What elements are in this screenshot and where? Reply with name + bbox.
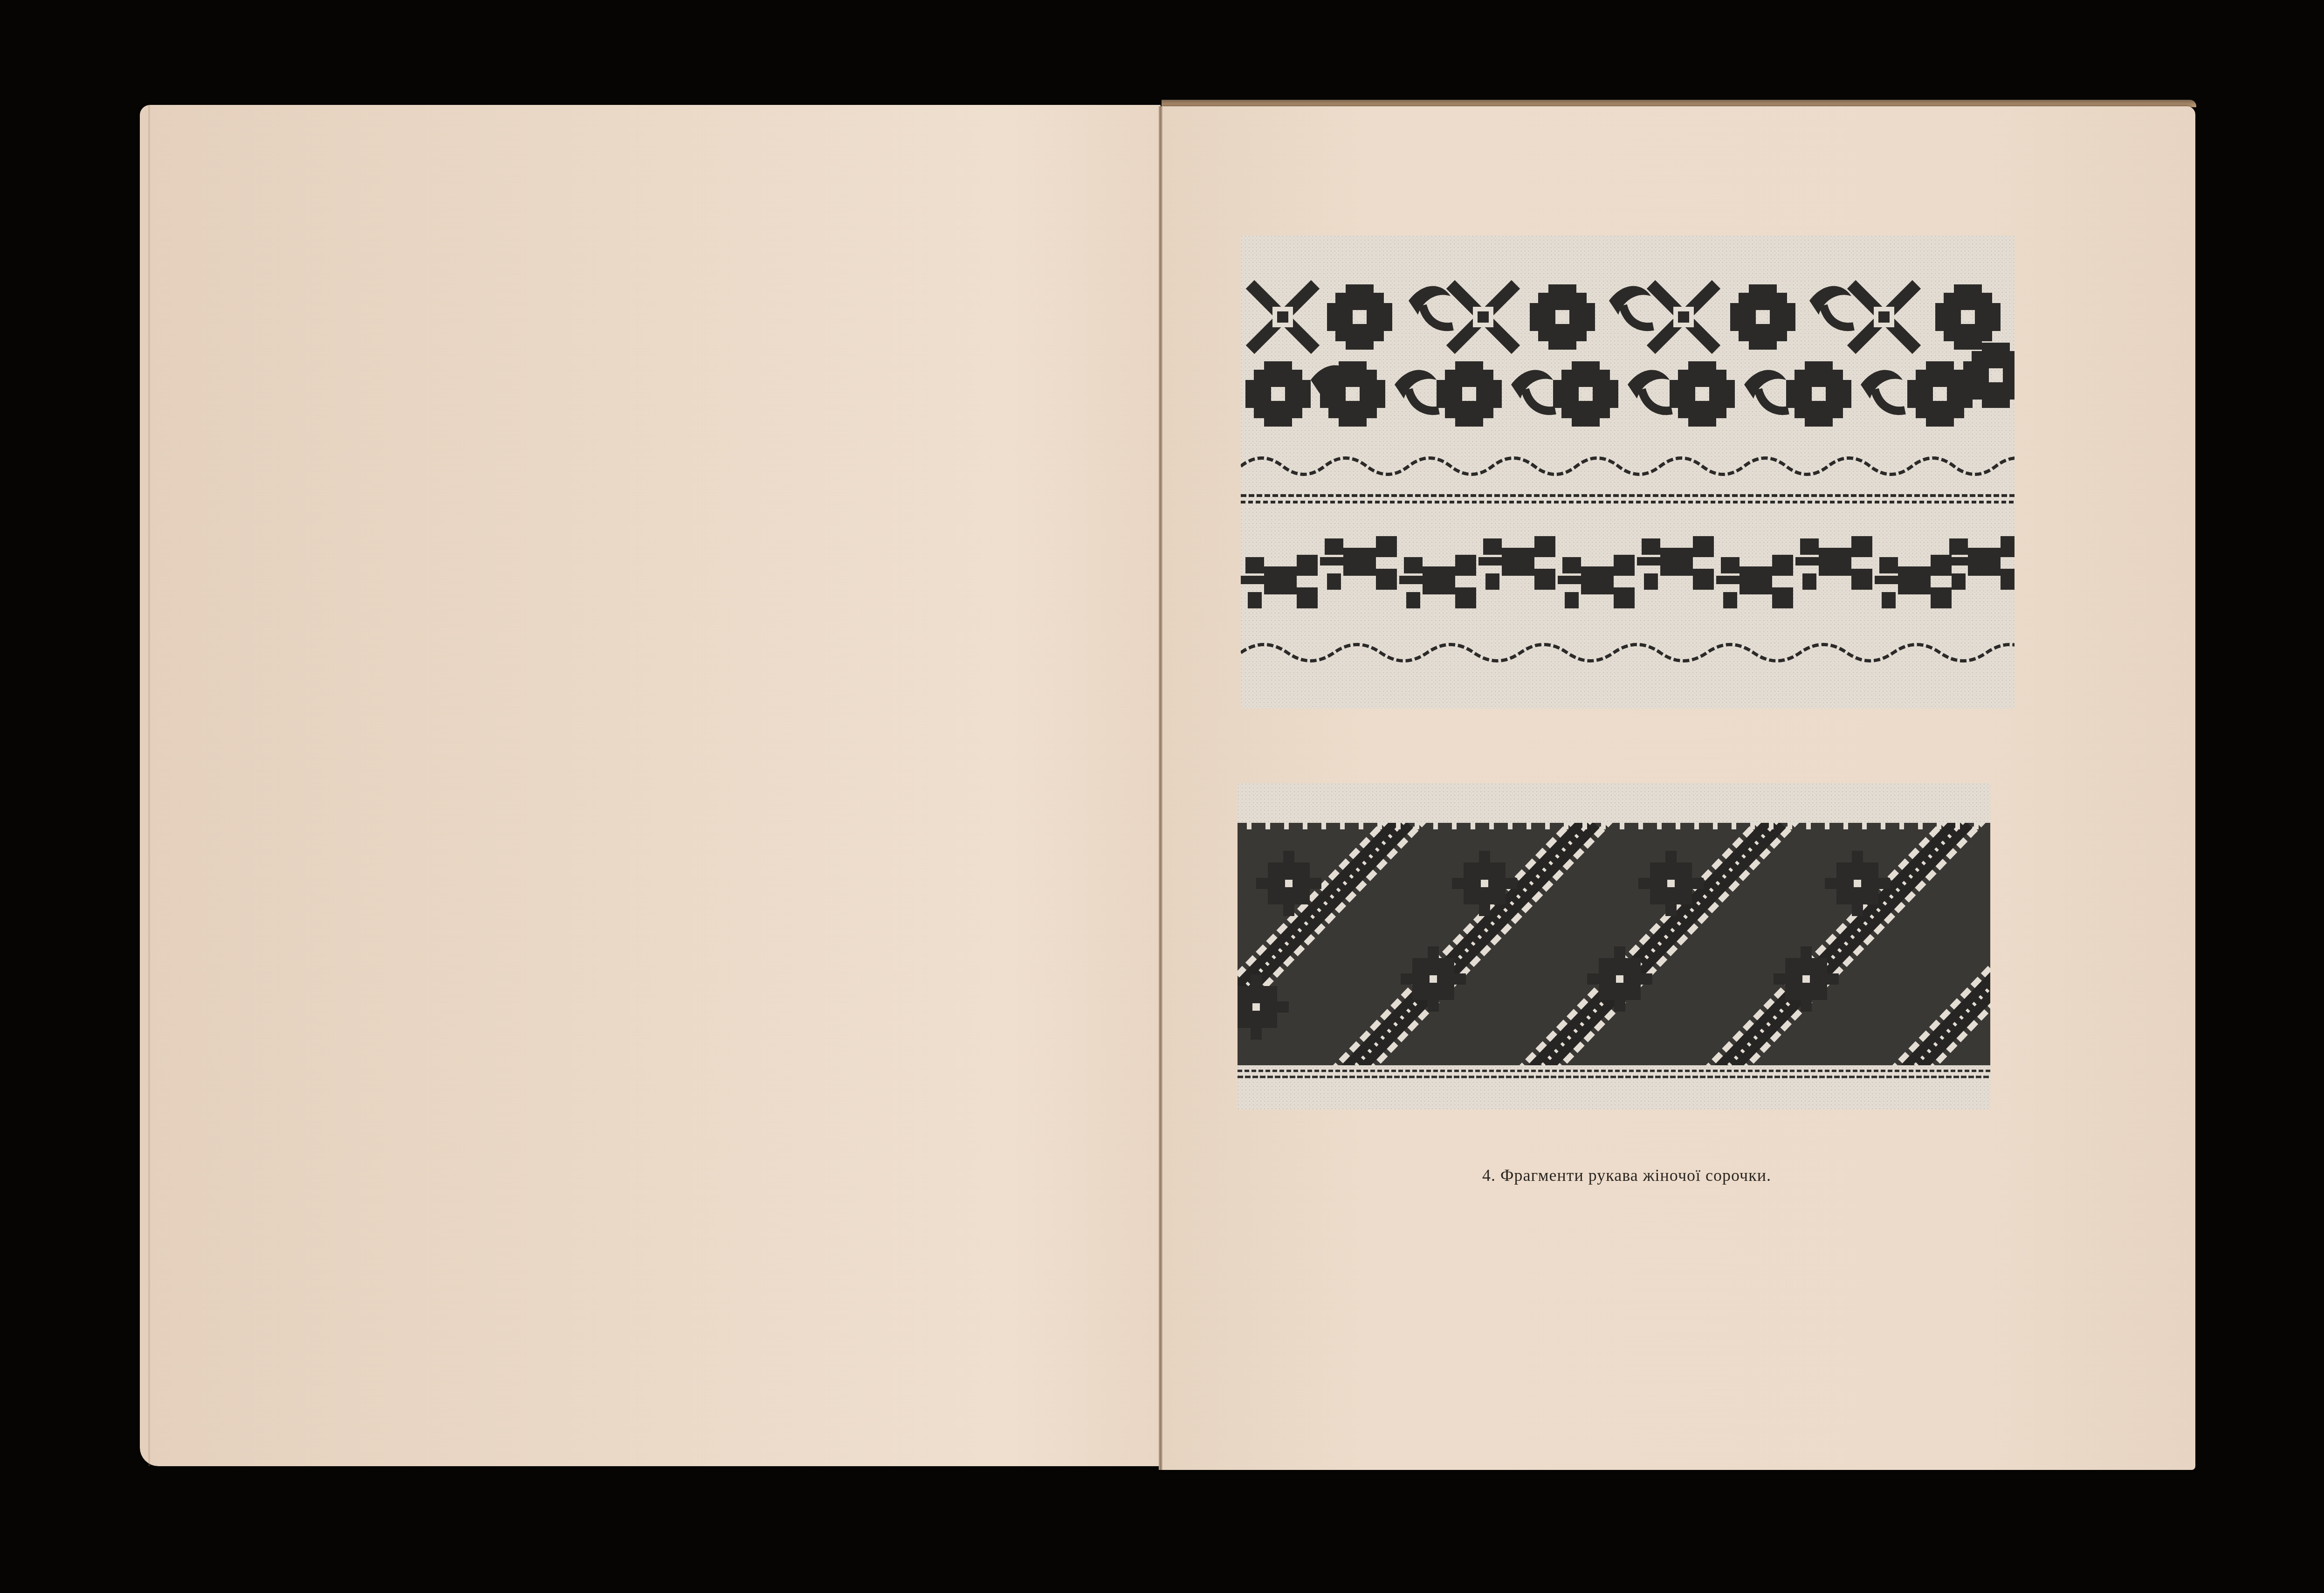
figure-diagonal-band — [1238, 783, 1990, 1110]
left-page-fold-edge — [148, 105, 150, 1466]
book-spine — [1159, 106, 1162, 1470]
figure-floral-bands — [1241, 235, 2015, 709]
embroidery-diagonal-image — [1238, 783, 1990, 1110]
figure-caption: 4. Фрагменти рукава жіночої сорочки. — [1240, 1165, 2014, 1185]
left-page — [140, 105, 1161, 1466]
embroidery-floral-image — [1241, 235, 2015, 709]
